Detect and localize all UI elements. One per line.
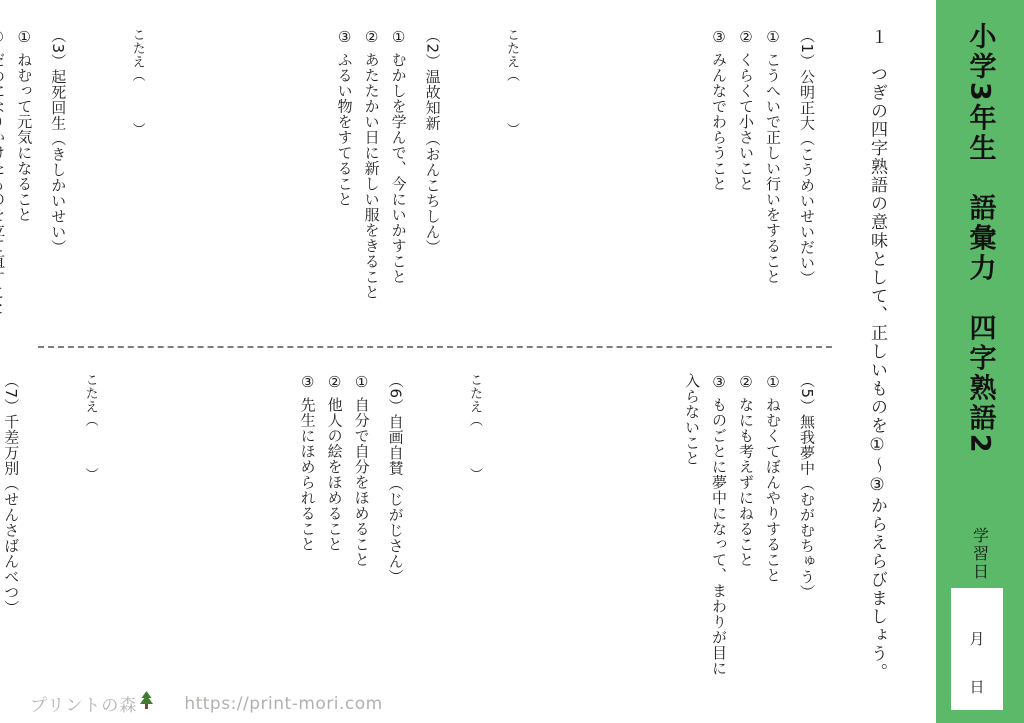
question-7: （7）千差万別（せんさばんべつ） ① みんな同じであること ② いろいろなちがい…	[0, 373, 24, 685]
question-2: （2）温故知新（おんこちしん） ① むかしを学んで、今にいかすこと ② あたたか…	[125, 28, 445, 340]
question-option: ③ ふるい物をすてること	[331, 28, 358, 340]
question-title: （3）起死回生（きしかいせい）	[44, 28, 71, 340]
question-title: （2）温故知新（おんこちしん）	[419, 28, 446, 340]
question-option: ② くらくて小さいこと	[732, 28, 759, 340]
tree-icon	[139, 691, 154, 714]
month-label: 月	[969, 628, 984, 649]
question-title: （6）自画自賛（じがじさん）	[382, 373, 409, 685]
question-option: ③ 先生にほめられること	[294, 373, 321, 685]
question-option: ② 他人の絵をほめること	[321, 373, 348, 685]
site-name: プリントの森	[30, 691, 137, 716]
answer-blank: こたえ（ ）	[500, 28, 705, 340]
question-3: （3）起死回生（きしかいせい） ① ねむって元気になること ② だめになりかけた…	[0, 28, 71, 340]
question-title: （1）公明正大（こうめいせいだい）	[793, 28, 820, 340]
question-option: ① こうへいで正しい行いをすること	[759, 28, 786, 340]
day-label: 日	[969, 676, 984, 697]
worksheet-page: １ つぎの四字熟語の意味として、正しいものを①〜③からえらびましょう。 （1）公…	[0, 0, 1024, 723]
answer-blank: こたえ（ ）	[463, 373, 678, 685]
question-option: ② なにも考えずにねること	[732, 373, 759, 685]
question-option: ① 自分で自分をほめること	[348, 373, 375, 685]
question-1: （1）公明正大（こうめいせいだい） ① こうへいで正しい行いをすること ② くら…	[500, 28, 820, 340]
question-6: （6）自画自賛（じがじさん） ① 自分で自分をほめること ② 他人の絵をほめるこ…	[78, 373, 408, 685]
answer-blank: こたえ（ ）	[125, 28, 330, 340]
question-option: ② あたたかい日に新しい服をきること	[358, 28, 385, 340]
title-band: 小学3年生 語彙力 四字熟語2 学習日 月 日	[936, 0, 1024, 723]
footer: プリントの森 https://print-mori.com	[30, 691, 383, 716]
site-url[interactable]: https://print-mori.com	[184, 694, 382, 714]
question-option: ③ みんなでわらうこと	[705, 28, 732, 340]
worksheet-title: 小学3年生 語彙力 四字熟語2	[961, 22, 1000, 456]
study-date-label: 学習日	[969, 527, 992, 581]
question-row-top: （1）公明正大（こうめいせいだい） ① こうへいで正しい行いをすること ② くら…	[40, 28, 820, 340]
question-option: ① ねむくてぼんやりすること	[759, 373, 786, 685]
answer-blank: こたえ（ ）	[78, 373, 293, 685]
instruction-text: １ つぎの四字熟語の意味として、正しいものを①〜③からえらびましょう。	[865, 28, 890, 658]
question-5: （5）無我夢中（むがむちゅう） ① ねむくてぼんやりすること ② なにも考えずに…	[463, 373, 820, 685]
question-option: ③ ものごとに夢中になって、まわりが目に入らないこと	[678, 373, 732, 685]
question-option: ② だめになりかけたものを立て直すこと	[0, 28, 10, 340]
question-title: （5）無我夢中（むがむちゅう）	[793, 373, 820, 685]
question-title: （7）千差万別（せんさばんべつ）	[0, 373, 24, 685]
question-row-bottom: （5）無我夢中（むがむちゅう） ① ねむくてぼんやりすること ② なにも考えずに…	[40, 373, 820, 685]
question-option: ① ねむって元気になること	[10, 28, 37, 340]
question-option: ① むかしを学んで、今にいかすこと	[385, 28, 412, 340]
date-entry-box: 月 日	[951, 588, 1003, 710]
dashed-divider	[38, 346, 832, 348]
